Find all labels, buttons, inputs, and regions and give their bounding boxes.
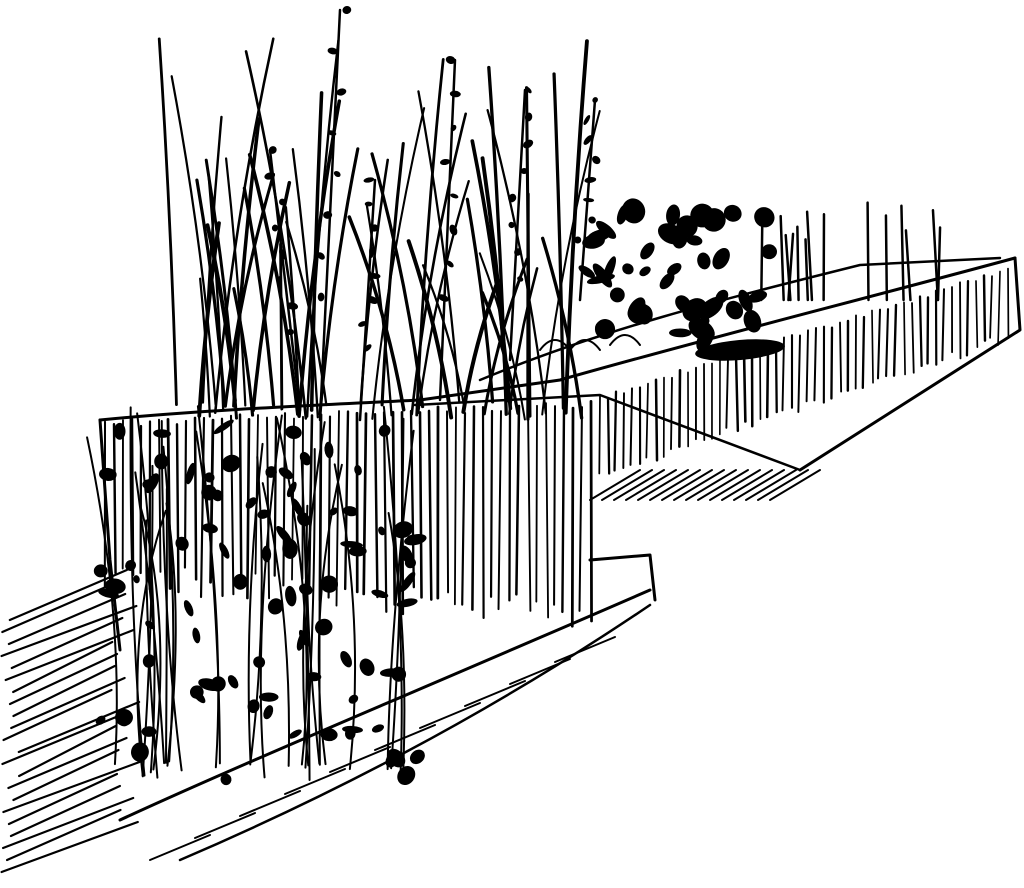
garden-bed-illustration bbox=[0, 0, 1024, 888]
ink-sketch bbox=[0, 0, 1024, 888]
right-bed-shadow bbox=[590, 470, 820, 500]
tall-grasses bbox=[159, 39, 599, 420]
right-bed-wall-slats bbox=[599, 269, 1008, 474]
